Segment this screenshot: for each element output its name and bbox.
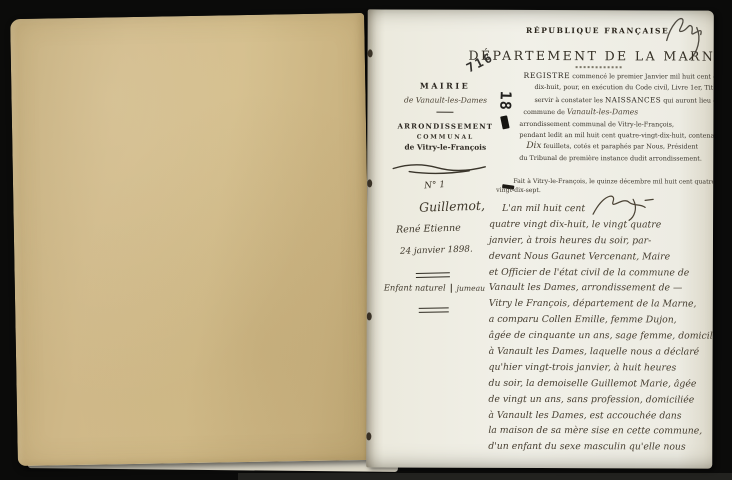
act-surname-margin: Guillemot, [419, 198, 485, 215]
act-line: et Officier de l'état civil de la commun… [489, 264, 714, 281]
commune-name-handwritten: Vanault-les-Dames [567, 107, 638, 116]
fait-a-line-wrap: vingt-dix-sept. [496, 187, 541, 194]
act-line: de vingt un ans, sans profession, domici… [488, 392, 713, 409]
act-line: devant Nous Gaunet Vercenant, Maire [489, 248, 714, 265]
binding-stitch-hole [367, 312, 372, 320]
scanned-register-spread: RÉPUBLIQUE FRANÇAISE DÉPARTEMENT DE LA M… [0, 0, 732, 480]
registre-line: dix-huit, pour, en exécution du Code civ… [518, 82, 714, 94]
commune-handwritten: de Vanault-les-Dames [381, 95, 509, 104]
act-line: âgée de cinquante un ans, sage femme, do… [489, 328, 714, 345]
registre-line: servir à constater les NAISSANCES qui au… [517, 94, 713, 107]
registre-line: commune de Vanault-les-Dames [517, 106, 713, 119]
registre-printed-paragraph: REGISTRE commencé le premier Janvier mil… [517, 70, 714, 165]
margin-double-rule [419, 307, 449, 312]
register-cover-left-page [10, 13, 372, 466]
naissances-word: NAISSANCES [605, 95, 661, 104]
registre-line: du Tribunal de première instance dudit a… [517, 153, 714, 165]
act-date-margin: 24 janvier 1898. [400, 244, 473, 256]
margin-double-rule [416, 272, 450, 278]
act-line: d'un enfant du sexe masculin qu'elle nou… [488, 439, 714, 456]
registre-line: Dix feuillets, cotés et paraphés par Nou… [517, 141, 713, 153]
fait-a-line: Fait à Vitry-le-François, le quinze déce… [513, 178, 714, 186]
birth-act-handwritten-text: L'an mil huit cent quatre vingt dix-huit… [488, 201, 714, 456]
act-line: Vitry le François, département de la Mar… [489, 296, 714, 313]
act-mention-margin: Enfant natureljumeau [384, 282, 485, 292]
flourish-squiggle [389, 159, 493, 175]
republic-heading: RÉPUBLIQUE FRANÇAISE [488, 26, 708, 36]
act-line: à Vanault les Dames, laquelle nous a déc… [489, 344, 714, 361]
registre-line: REGISTRE commencé le premier Janvier mil… [518, 70, 714, 83]
registre-word: REGISTRE [524, 71, 571, 80]
arrondissement-label: ARRONDISSEMENT [389, 121, 501, 130]
act-line: janvier, à trois heures du soir, par- [489, 233, 714, 250]
act-line: du soir, la demoiselle Guillemot Marie, … [488, 376, 713, 393]
act-line: Vanault les Dames, arrondissement de — [489, 280, 714, 297]
act-line: L'an mil huit cent [489, 201, 714, 218]
ornament-rule [576, 66, 622, 68]
communal-label: COMMUNAL [389, 133, 501, 140]
act-line: à Vanault les Dames, est accouchée dans [488, 407, 713, 424]
binding-stitch-hole [367, 179, 372, 187]
act-line: quatre vingt dix-huit, le vingt quatre [489, 217, 714, 234]
act-line: a comparu Collen Emille, femme Dujon, [489, 312, 714, 329]
act-line: qu'hier vingt-trois janvier, à huit heur… [489, 360, 714, 377]
act-given-names-margin: René Etienne [396, 223, 461, 236]
feuillets-count-handwritten: Dix [526, 141, 541, 151]
register-title-right-page: RÉPUBLIQUE FRANÇAISE DÉPARTEMENT DE LA M… [366, 9, 714, 468]
registre-line: pendant ledit an mil huit cent quatre-vi… [517, 130, 713, 142]
scan-edge-artifact [238, 473, 732, 480]
act-number-margin: N° 1 [424, 180, 446, 191]
ville-label: de Vitry-le-François [389, 142, 501, 151]
ink-smudge [500, 115, 510, 129]
mairie-label: MAIRIE [398, 81, 493, 91]
binding-stitch-hole [368, 49, 373, 57]
act-mention-secondary: jumeau [451, 284, 485, 293]
act-line: la maison de sa mère sise en cette commu… [488, 423, 713, 440]
registre-line: arrondissement communal de Vitry-le-Fran… [517, 119, 713, 131]
ornament-dash [436, 112, 453, 113]
binding-stitch-hole [366, 432, 371, 440]
